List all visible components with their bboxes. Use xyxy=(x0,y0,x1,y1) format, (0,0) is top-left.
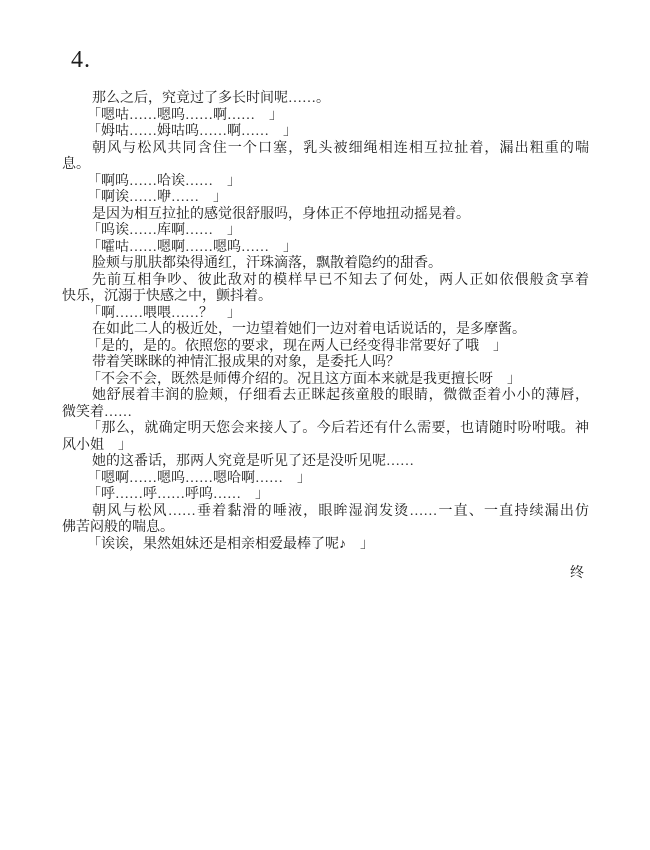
dialogue-line: 「呜诶……库啊…… 」 xyxy=(62,223,589,240)
story-body: 那么之后，究竟过了多长时间呢……。「嗯咕……嗯呜……啊…… 」「姆咕……姆咕呜…… xyxy=(62,91,589,583)
narration-line: 朝风与松风……垂着黏滑的唾液，眼眸湿润发烫……一直、一直持续漏出仿 xyxy=(62,504,589,521)
dialogue-line: 「嚯咕……嗯啊……嗯呜…… 」 xyxy=(62,240,589,257)
narration-line: 脸颊与肌肤都染得通红，汗珠滴落，飘散着隐约的甜香。 xyxy=(62,256,589,273)
narration-line: 先前互相争吵、彼此敌对的模样早已不知去了何处，两人正如依偎般贪享着 xyxy=(62,273,589,290)
narration-line: 是因为相互拉扯的感觉很舒服吗，身体正不停地扭动摇晃着。 xyxy=(62,207,589,224)
narration-line: 微笑着…… xyxy=(62,405,589,422)
dialogue-line: 「啊诶……咿…… 」 xyxy=(62,190,589,207)
narration-line: 佛苦闷般的喘息。 xyxy=(62,520,589,537)
narration-line: 那么之后，究竟过了多长时间呢……。 xyxy=(62,91,589,108)
dialogue-line: 「啊……喂喂……？ 」 xyxy=(62,306,589,323)
dialogue-line: 「那么，就确定明天您会来接人了。今后若还有什么需要，也请随时吩咐哦。神 xyxy=(62,421,589,438)
dialogue-line: 「是的，是的。依照您的要求，现在两人已经变得非常要好了哦 」 xyxy=(62,339,589,356)
dialogue-line: 「姆咕……姆咕呜……啊…… 」 xyxy=(62,124,589,141)
story-text: 那么之后，究竟过了多长时间呢……。「嗯咕……嗯呜……啊…… 」「姆咕……姆咕呜…… xyxy=(62,91,589,553)
narration-line: 她的这番话，那两人究竟是听见了还是没听见呢…… xyxy=(62,454,589,471)
dialogue-line: 「呼……呼……呼呜…… 」 xyxy=(62,487,589,504)
narration-line: 带着笑眯眯的神情汇报成果的对象，是委托人吗？ xyxy=(62,355,589,372)
narration-line: 她舒展着丰润的脸颊，仔细看去正眯起孩童般的眼睛，微微歪着小小的薄唇， xyxy=(62,388,589,405)
dialogue-line: 「不会不会，既然是师傅介绍的。况且这方面本来就是我更擅长呀 」 xyxy=(62,372,589,389)
dialogue-line: 「啊呜……哈诶…… 」 xyxy=(62,174,589,191)
narration-line: 在如此二人的极近处，一边望着她们一边对着电话说话的，是多摩酱。 xyxy=(62,322,589,339)
narration-line: 朝风与松风共同含住一个口塞，乳头被细绳相连相互拉扯着，漏出粗重的喘 xyxy=(62,141,589,158)
dialogue-line: 「诶诶，果然姐妹还是相亲相爱最棒了呢♪ 」 xyxy=(62,537,589,554)
narration-line: 息。 xyxy=(62,157,589,174)
end-mark: 终 xyxy=(62,566,589,583)
dialogue-line: 「嗯啊……嗯呜……嗯哈啊…… 」 xyxy=(62,471,589,488)
narration-line: 快乐，沉溺于快感之中，颤抖着。 xyxy=(62,289,589,306)
document-page: 4. 那么之后，究竟过了多长时间呢……。「嗯咕……嗯呜……啊…… 」「姆咕……姆… xyxy=(0,0,650,850)
narration-line: 风小姐 」 xyxy=(62,438,589,455)
dialogue-line: 「嗯咕……嗯呜……啊…… 」 xyxy=(62,108,589,125)
chapter-number: 4. xyxy=(71,46,91,75)
